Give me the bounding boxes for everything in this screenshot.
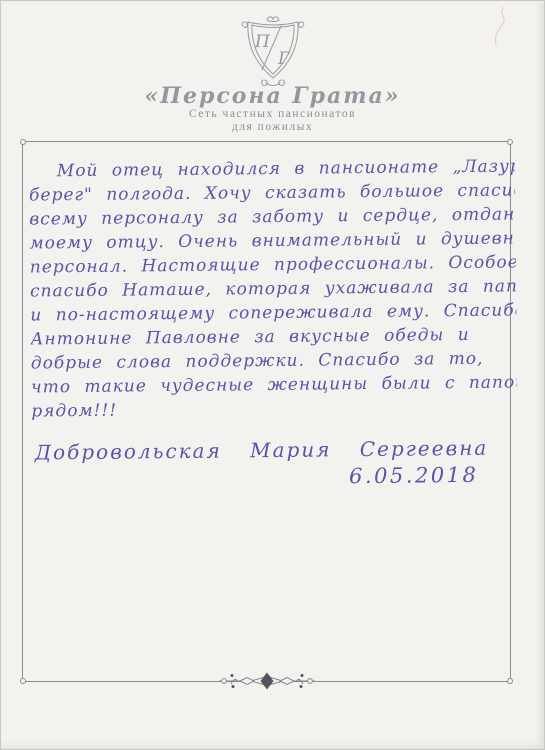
- handwritten-line: персонал. Настоящие профессионалы. Особо…: [30, 252, 516, 277]
- handwritten-line: и по-настоящему сопереживала ему. Спасиб…: [30, 300, 516, 325]
- signature: Добровольская Мария Сергеевна: [35, 436, 489, 465]
- handwritten-line: Антонине Павловне за вкусные обеды и: [31, 324, 517, 349]
- handwritten-line: Мой отец находился в пансионате „Лазурны…: [29, 156, 515, 181]
- handwritten-line: рядом!!!: [31, 396, 517, 421]
- handwritten-line: добрые слова поддержки. Спасибо за то,: [31, 348, 517, 373]
- scanned-letter-page: П Г «Персона Грата» Сеть частных пансион…: [0, 0, 545, 750]
- handwritten-line: всему персоналу за заботу и сердце, отда…: [29, 204, 515, 229]
- handwritten-line: что такие чудесные женщины были с папой: [31, 372, 517, 397]
- handwritten-line: моему отцу. Очень внимательный и душевны…: [30, 228, 516, 253]
- handwritten-line: спасибо Наташе, которая ухаживала за пап…: [30, 276, 516, 301]
- handwritten-line: берег" полгода. Хочу сказать большое спа…: [29, 180, 515, 205]
- handwritten-text: Мой отец находился в пансионате „Лазурны…: [0, 0, 545, 750]
- letter-date: 6.05.2018: [349, 463, 479, 488]
